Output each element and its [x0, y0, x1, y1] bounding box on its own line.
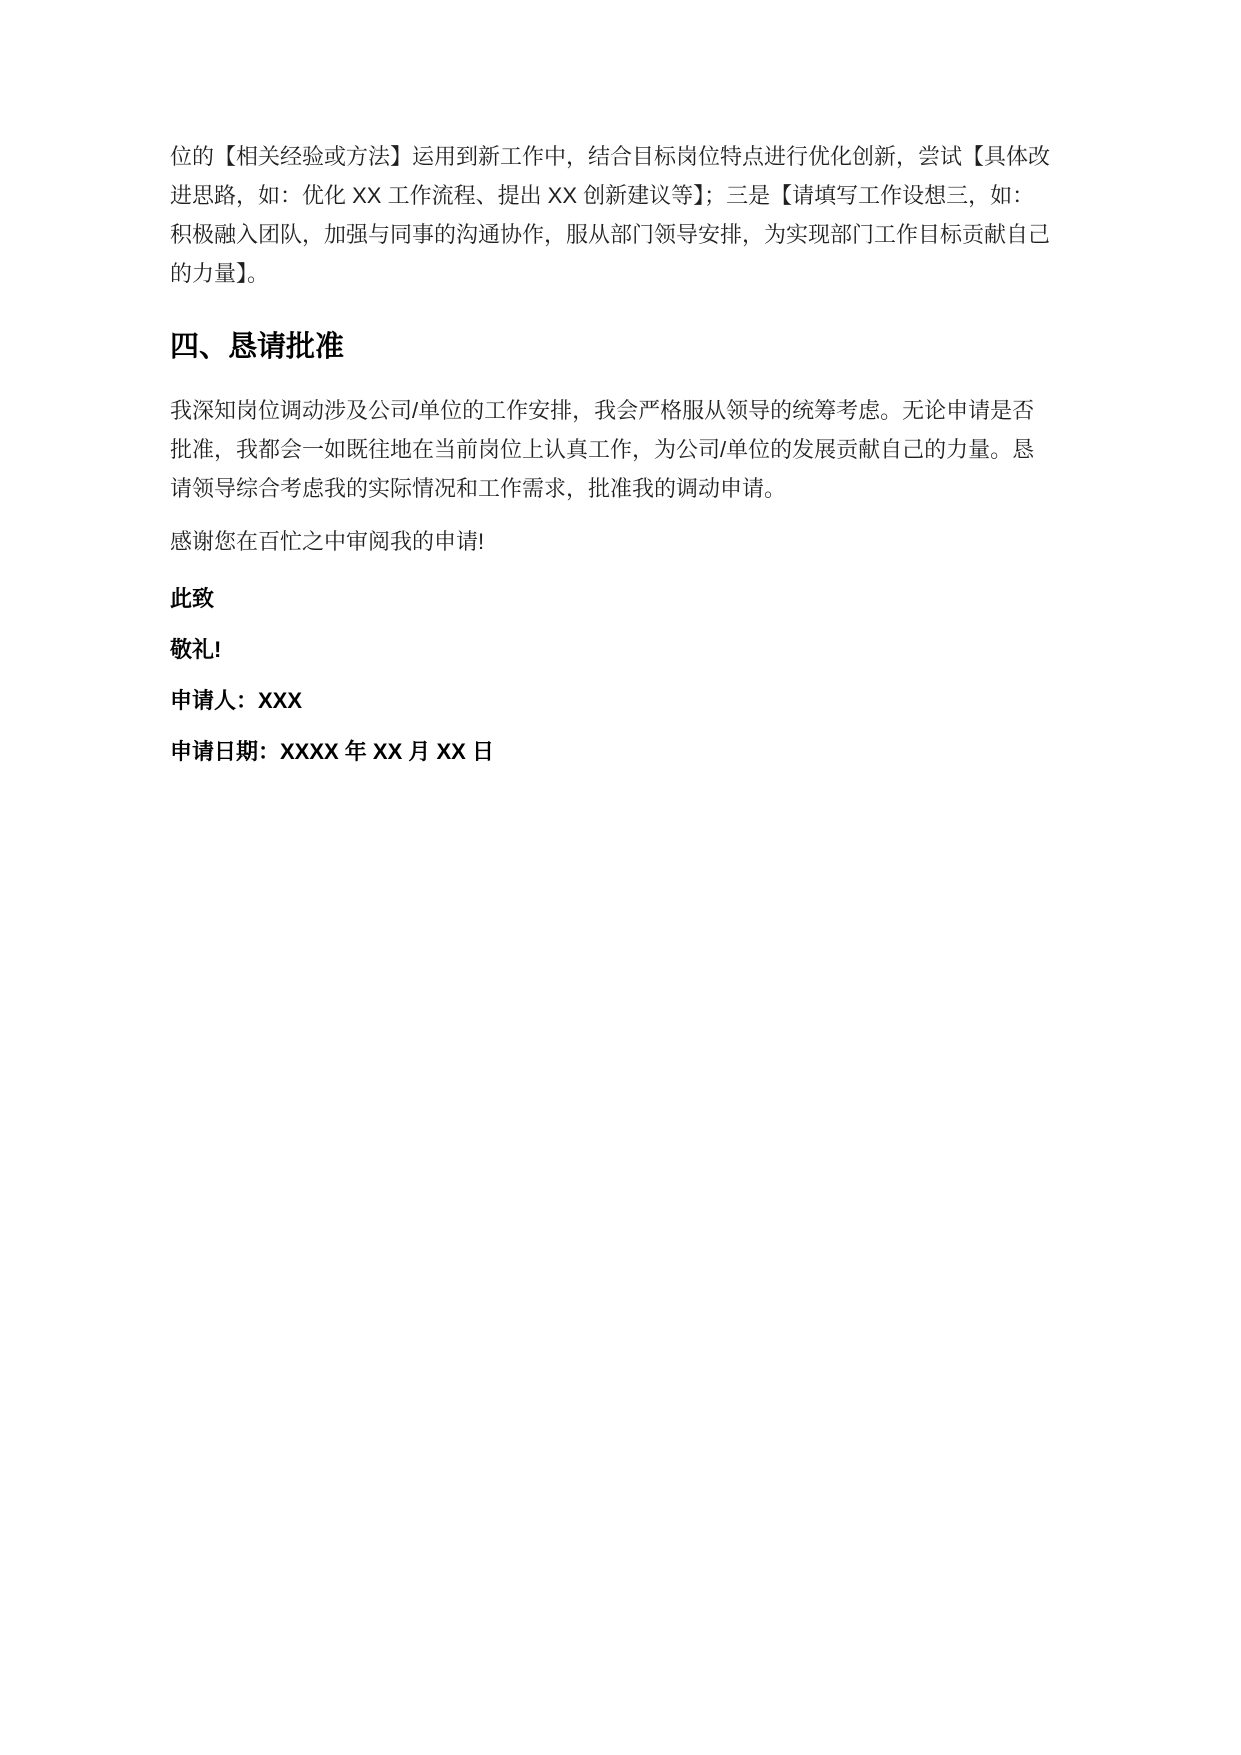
continuation-paragraph: 位的【相关经验或方法】运用到新工作中，结合目标岗位特点进行优化创新，尝试【具体改…: [170, 137, 1055, 293]
thanks-line: 感谢您在百忙之中审阅我的申请!: [170, 522, 1055, 561]
document-page: 位的【相关经验或方法】运用到新工作中，结合目标岗位特点进行优化创新，尝试【具体改…: [0, 0, 1241, 1755]
closing-salute: 此致: [170, 585, 1066, 613]
approval-paragraph: 我深知岗位调动涉及公司/单位的工作安排，我会严格服从领导的统筹考虑。无论申请是否…: [170, 391, 1055, 508]
applicant-line: 申请人：XXX: [170, 687, 1066, 715]
date-line: 申请日期：XXXX 年 XX 月 XX 日: [170, 738, 1066, 766]
section-heading: 四、恳请批准: [170, 329, 1066, 365]
closing-regards: 敬礼!: [170, 636, 1066, 664]
